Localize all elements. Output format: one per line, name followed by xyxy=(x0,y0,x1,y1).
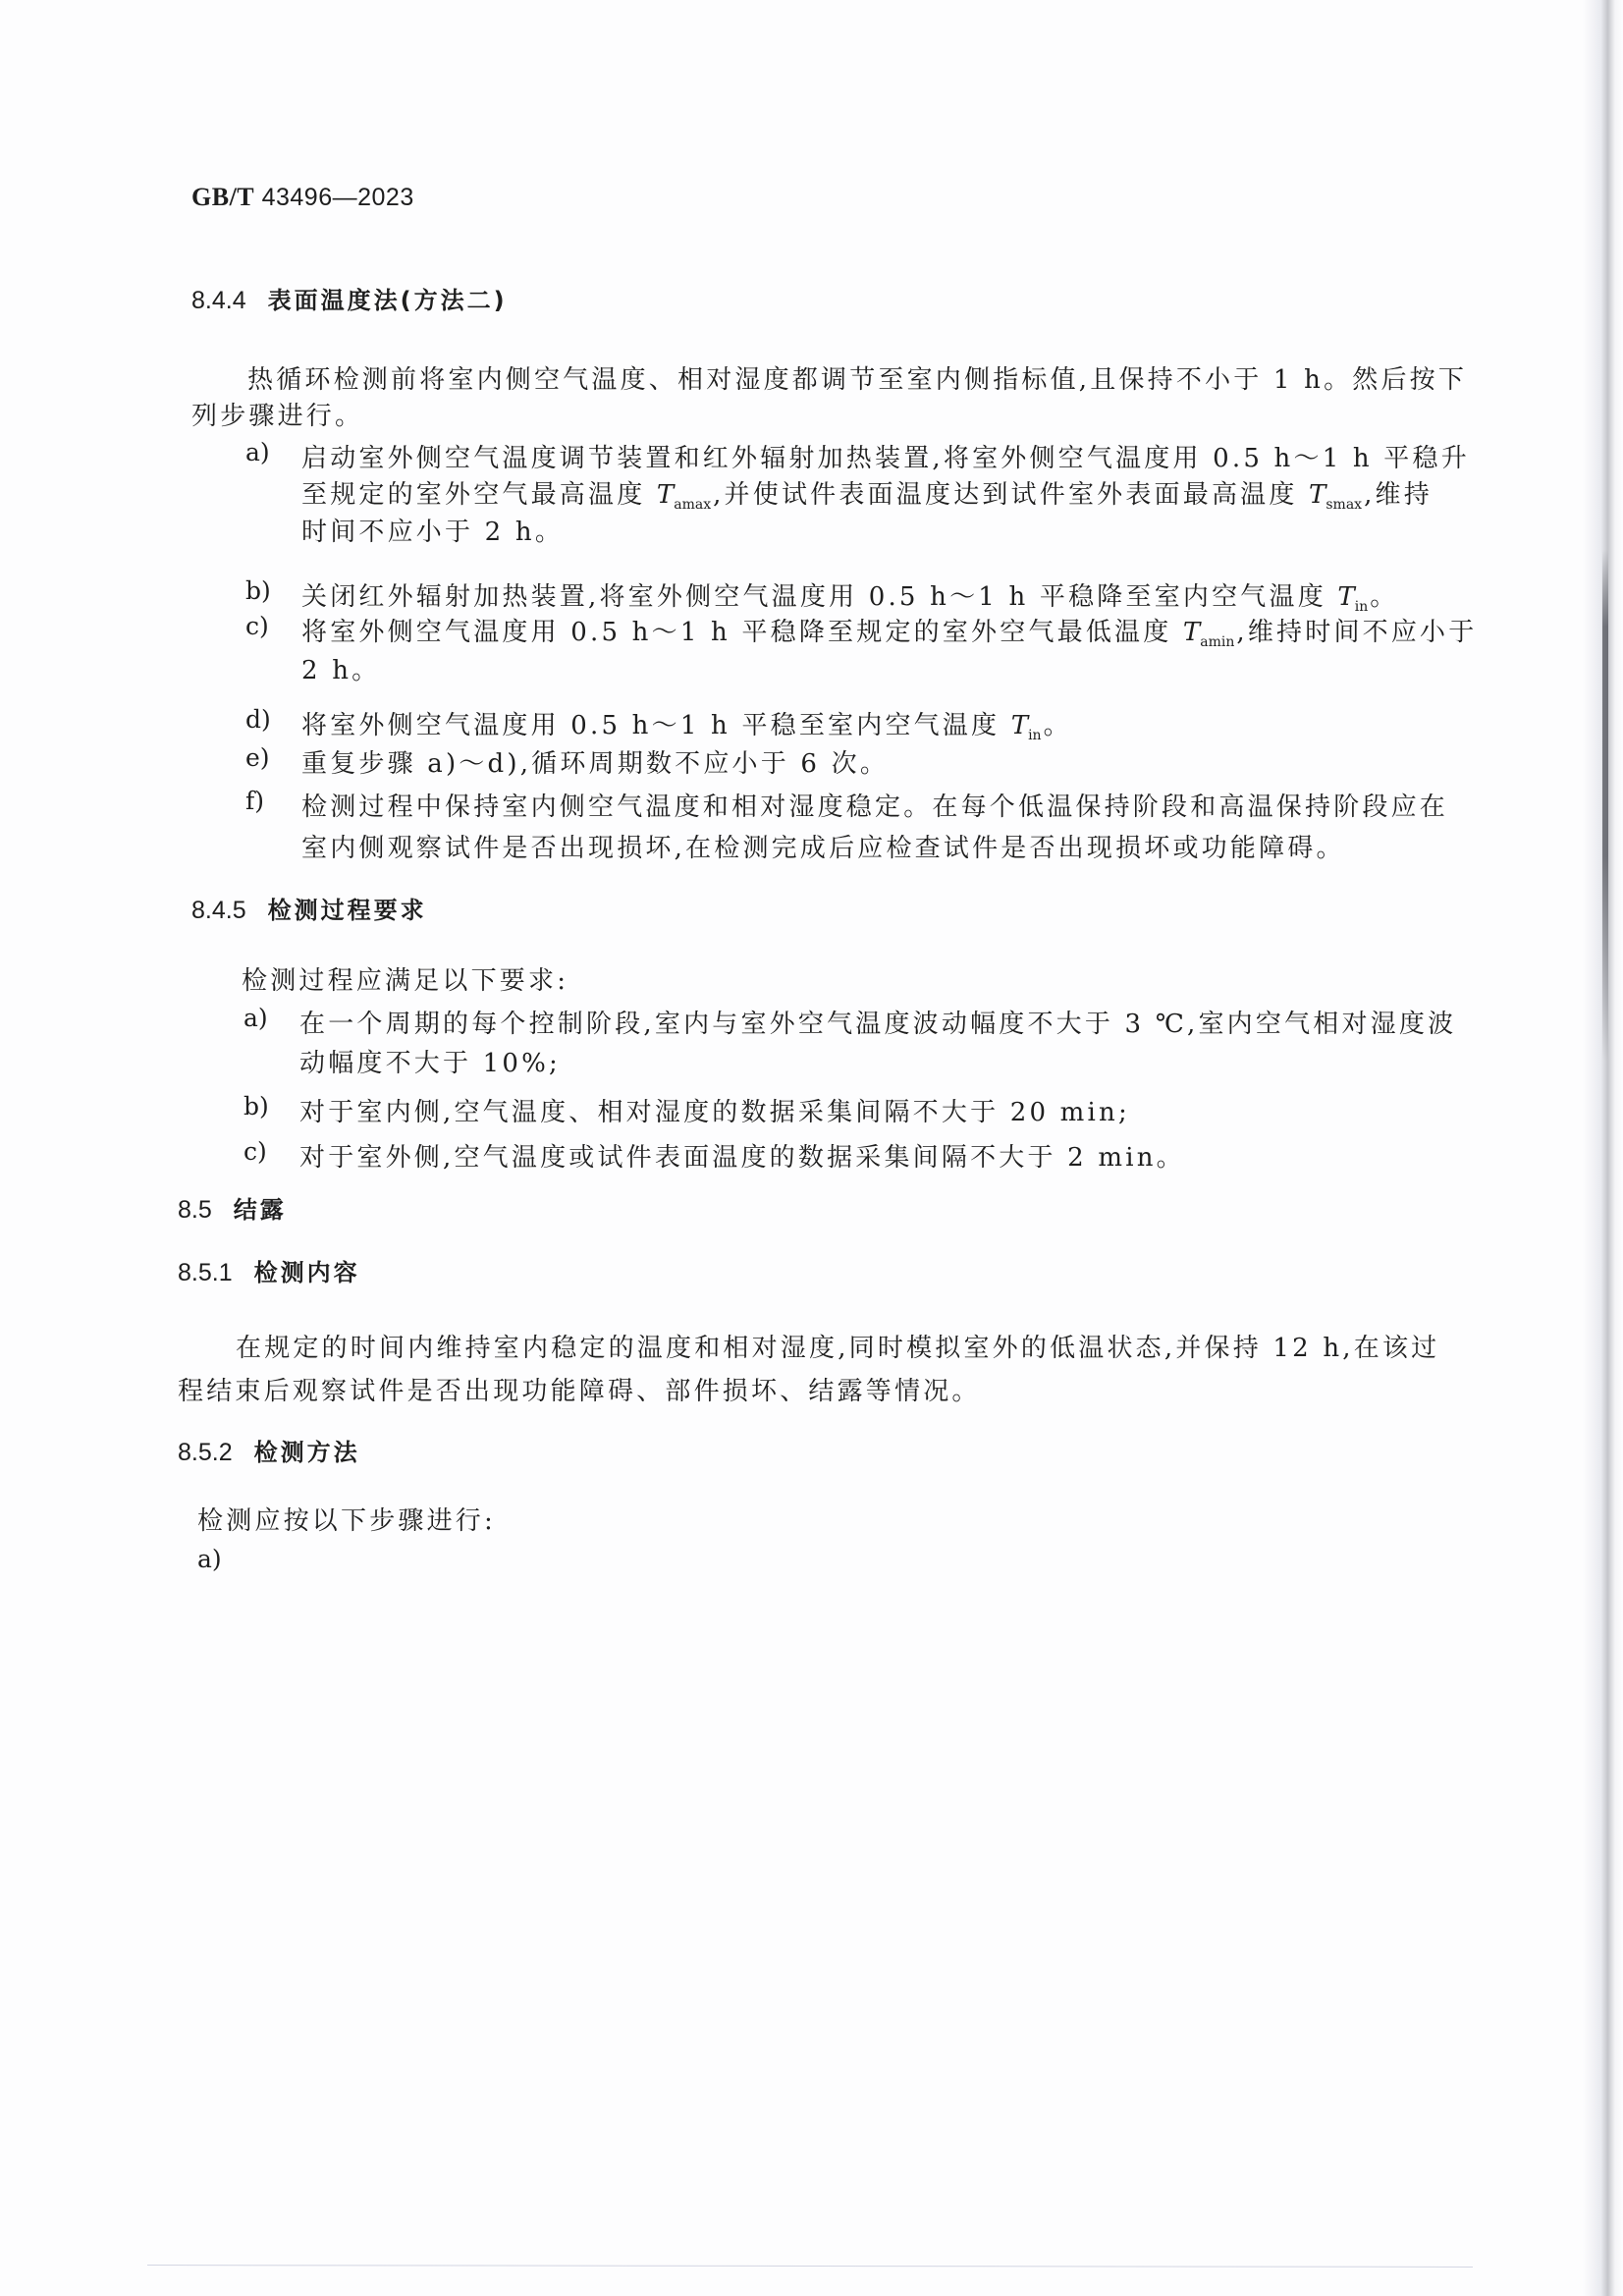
scan-line xyxy=(147,2265,1473,2268)
list-item-text: 室内侧观察试件是否出现损坏,在检测完成后应检查试件是否出现损坏或功能障碍。 xyxy=(301,828,1345,864)
list-label: b) xyxy=(243,1092,269,1121)
scan-edge-dark xyxy=(1602,550,1608,1061)
section-heading-8-4-5: 8.4.5检测过程要求 xyxy=(191,891,427,925)
list-label: a) xyxy=(245,438,270,466)
paragraph-line: 在规定的时间内维持室内稳定的温度和相对湿度,同时模拟室外的低温状态,并保持 12… xyxy=(236,1328,1439,1364)
list-label: a) xyxy=(243,1004,268,1032)
list-label: b) xyxy=(245,576,271,605)
list-label: c) xyxy=(243,1137,267,1166)
section-title: 表面温度法(方法二) xyxy=(268,287,508,314)
paragraph-line: 热循环检测前将室内侧空气温度、相对湿度都调节至室内侧指标值,且保持不小于 1 h… xyxy=(247,359,1467,396)
standard-code: GB/T 43496—2023 xyxy=(191,183,414,212)
paragraph-line: 程结束后观察试件是否出现功能障碍、部件损坏、结露等情况。 xyxy=(178,1371,981,1407)
list-item-text: 将室外侧空气温度用 0.5 h～1 h 平稳至室内空气温度 Tin。 xyxy=(301,705,1072,743)
section-title: 检测方法 xyxy=(254,1439,360,1466)
standard-prefix: GB/T xyxy=(191,183,254,211)
list-item-text: 在一个周期的每个控制阶段,室内与室外空气温度波动幅度不大于 3 ℃,室内空气相对… xyxy=(299,1004,1456,1040)
list-item-text: 至规定的室外空气最高温度 Tamax,并使试件表面温度达到试件室外表面最高温度 … xyxy=(301,474,1433,513)
list-label: d) xyxy=(245,705,271,734)
list-item-text: 2 h。 xyxy=(301,650,380,686)
list-item-text: 对于室外侧,空气温度或试件表面温度的数据采集间隔不大于 2 min。 xyxy=(299,1137,1185,1174)
section-number: 8.5 xyxy=(178,1196,212,1225)
list-label: f) xyxy=(245,787,264,815)
list-item-text: 关闭红外辐射加热装置,将室外侧空气温度用 0.5 h～1 h 平稳降至室内空气温… xyxy=(301,576,1398,615)
scan-edge-shadow xyxy=(1583,0,1623,2296)
section-number: 8.5.1 xyxy=(178,1259,233,1287)
section-number: 8.4.5 xyxy=(191,897,246,925)
section-title: 检测内容 xyxy=(254,1259,360,1286)
list-label: c) xyxy=(245,612,269,640)
section-heading-8-5: 8.5结露 xyxy=(178,1190,287,1225)
list-label: e) xyxy=(245,743,270,772)
list-item-text: 对于室内侧,空气温度、相对湿度的数据采集间隔不大于 20 min; xyxy=(299,1092,1130,1128)
section-number: 8.5.2 xyxy=(178,1439,233,1467)
section-heading-8-4-4: 8.4.4表面温度法(方法二) xyxy=(191,281,508,315)
list-item-text: 检测过程中保持室内侧空气温度和相对湿度稳定。在每个低温保持阶段和高温保持阶段应在 xyxy=(301,787,1448,823)
standard-number: 43496—2023 xyxy=(262,184,414,211)
list-item-text: 动幅度不大于 10%; xyxy=(299,1043,561,1079)
list-item-text: 将室外侧空气温度用 0.5 h～1 h 平稳降至规定的室外空气最低温度 Tami… xyxy=(301,612,1477,650)
section-title: 检测过程要求 xyxy=(268,897,427,924)
paragraph-line: 检测过程应满足以下要求: xyxy=(242,960,568,997)
paragraph-line: 列步骤进行。 xyxy=(191,396,363,432)
list-label: a) xyxy=(197,1545,222,1573)
list-item-text: 时间不应小于 2 h。 xyxy=(301,512,564,548)
section-heading-8-5-2: 8.5.2检测方法 xyxy=(178,1433,360,1467)
section-heading-8-5-1: 8.5.1检测内容 xyxy=(178,1253,360,1287)
paragraph-line: 检测应按以下步骤进行: xyxy=(197,1501,496,1537)
section-number: 8.4.4 xyxy=(191,287,246,315)
list-item-text: 重复步骤 a)～d),循环周期数不应小于 6 次。 xyxy=(301,743,889,780)
section-title: 结露 xyxy=(234,1196,287,1224)
list-item-text: 启动室外侧空气温度调节装置和红外辐射加热装置,将室外侧空气温度用 0.5 h～1… xyxy=(301,438,1470,474)
